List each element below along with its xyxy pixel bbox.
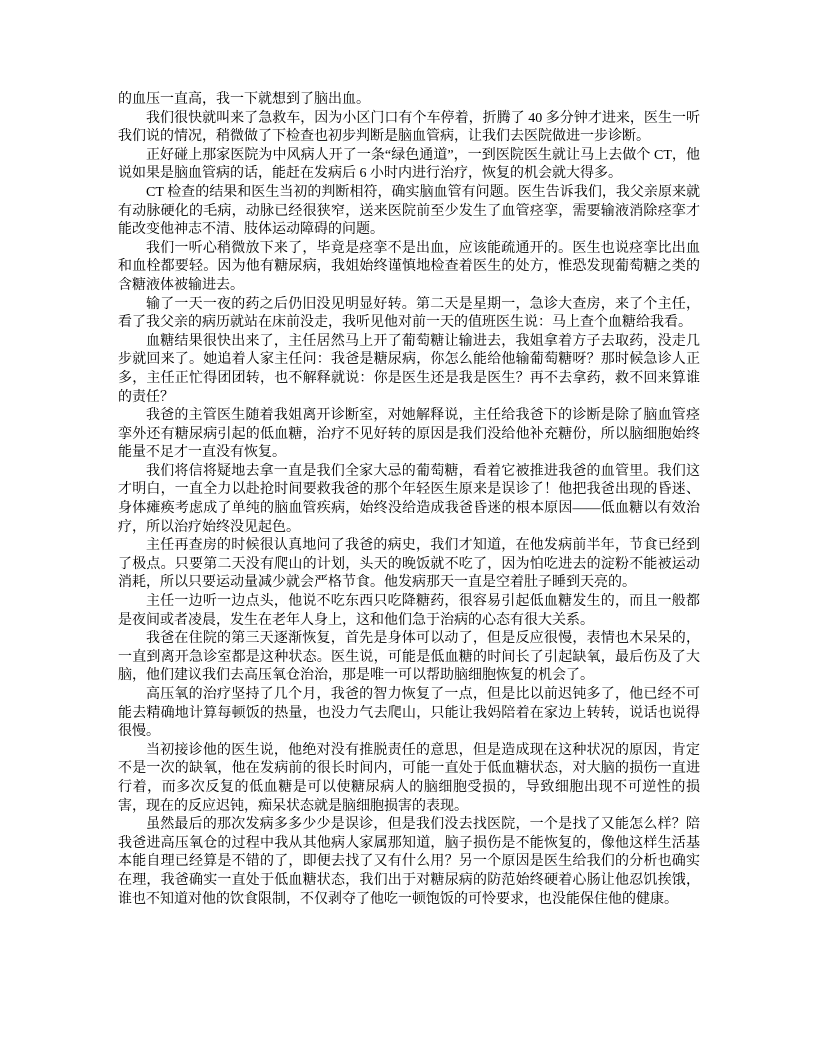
paragraph: 高压氧的治疗坚持了几个月，我爸的智力恢复了一点，但是比以前迟钝多了，他已经不可能… bbox=[118, 686, 700, 742]
paragraph: 当初接诊他的医生说，他绝对没有推脱责任的意思，但是造成现在这种状况的原因，肯定不… bbox=[118, 742, 700, 816]
paragraph: 主任一边听一边点头，他说不吃东西只吃降糖药，很容易引起低血糖发生的，而且一般都是… bbox=[118, 593, 700, 630]
document-page: 的血压一直高，我一下就想到了脑出血。我们很快就叫来了急救车，因为小区门口有个车停… bbox=[0, 0, 816, 1056]
document-body: 的血压一直高，我一下就想到了脑出血。我们很快就叫来了急救车，因为小区门口有个车停… bbox=[118, 91, 700, 909]
paragraph: 我们很快就叫来了急救车，因为小区门口有个车停着，折腾了 40 多分钟才进来，医生… bbox=[118, 110, 700, 147]
paragraph: 我们一听心稍微放下来了，毕竟是痉挛不是出血，应该能疏通开的。医生也说痉挛比出血和… bbox=[118, 240, 700, 296]
paragraph: 我爸在住院的第三天逐渐恢复，首先是身体可以动了，但是反应很慢，表情也木呆呆的，一… bbox=[118, 630, 700, 686]
paragraph: 输了一天一夜的药之后仍旧没见明显好转。第二天是星期一，急诊大查房，来了个主任，看… bbox=[118, 296, 700, 333]
paragraph: 的血压一直高，我一下就想到了脑出血。 bbox=[118, 91, 700, 110]
paragraph: CT 检查的结果和医生当初的判断相符，确实脑血管有问题。医生告诉我们，我父亲原来… bbox=[118, 184, 700, 240]
paragraph: 正好碰上那家医院为中风病人开了一条“绿色通道”，一到医院医生就让马上去做个 CT… bbox=[118, 147, 700, 184]
paragraph: 我们将信将疑地去拿一直是我们全家大忌的葡萄糖，看着它被推进我爸的血管里。我们这才… bbox=[118, 463, 700, 537]
paragraph: 虽然最后的那次发病多多少少是误诊，但是我们没去找医院，一个是找了又能怎么样？陪我… bbox=[118, 816, 700, 909]
paragraph: 血糖结果很快出来了，主任居然马上开了葡萄糖让输进去，我姐拿着方子去取药，没走几步… bbox=[118, 333, 700, 407]
paragraph: 我爸的主管医生随着我姐离开诊断室，对她解释说，主任给我爸下的诊断是除了脑血管痉挛… bbox=[118, 407, 700, 463]
paragraph: 主任再查房的时候很认真地问了我爸的病史，我们才知道，在他发病前半年，节食已经到了… bbox=[118, 537, 700, 593]
